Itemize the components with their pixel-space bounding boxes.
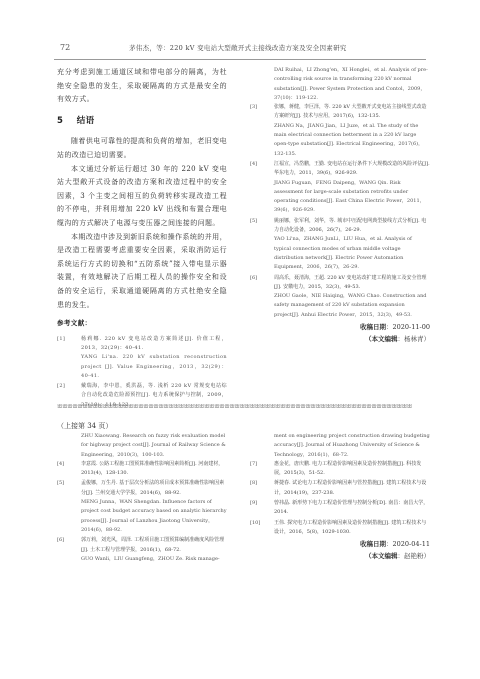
reference-continuation: ment on engineering project construction… bbox=[250, 432, 430, 460]
reference-continuation: ZHU Xiaowang. Research on fuzzy risk eva… bbox=[57, 432, 227, 460]
received-date: 收稿日期：2020-04-11 bbox=[250, 539, 430, 548]
reference-index: [8] bbox=[250, 479, 257, 488]
reference-item: [5] 孟俊娜，万生丹. 基于层次分析法的项目成本预算准确性影响因素分[J]. … bbox=[57, 479, 227, 535]
reference-continuation: DAI Ruihai，LI Zhong'en，XI Honglei，et al.… bbox=[250, 66, 430, 103]
editor-name: ：赵艳粉） bbox=[398, 552, 431, 560]
reference-en: JIANG Fuguan，FENG Daipeng，WANG Qin. Risk… bbox=[274, 179, 430, 216]
received-value: ：2020-04-11 bbox=[386, 540, 430, 548]
reference-index: [1] bbox=[57, 335, 65, 344]
editor-label: （本文编辑 bbox=[365, 335, 398, 343]
continued-from-label: （上接第 34 页） bbox=[57, 421, 112, 431]
section-heading: 5 结语 bbox=[57, 115, 227, 129]
reference-index: [6] bbox=[250, 274, 257, 283]
paragraph: 本文通过分析运行超过 30 年的 220 kV 变电站大型敞开式设备的改造方案和… bbox=[57, 163, 227, 231]
reference-en: MENG Junna，WAN Shengdan. Influence facto… bbox=[81, 498, 227, 535]
reference-item: [4] 江福宣，冯岱鹏，王勤. 变电站在运行条件下大规模改造的风险评估[J]. … bbox=[250, 160, 430, 216]
reference-cn: 孟俊娜，万生丹. 基于层次分析法的项目成本预算准确性影响因素分[J]. 兰州交通… bbox=[81, 479, 227, 498]
reference-en: ZHOU Gaole，NIE Haiqing，WANG Chao. Constr… bbox=[274, 292, 430, 320]
reference-index: [10] bbox=[250, 519, 260, 528]
continuation-left-column: ZHU Xiaowang. Research on fuzzy risk eva… bbox=[57, 432, 227, 565]
reference-index: [6] bbox=[57, 536, 64, 545]
reference-cn: 李意霞. 公路工程施工图预算准确性影响因素简析[J]. 河南建材，2013(4)… bbox=[81, 460, 227, 479]
reference-en: GUO Wanli，LIU Guangfeng，ZHOU Ze. Risk ma… bbox=[81, 555, 227, 564]
section-title: 结语 bbox=[77, 116, 95, 126]
received-label: 收稿日期 bbox=[360, 323, 386, 331]
reference-cn: 姚丽娜，张军利，刘华，等. 城市中压配电网典型接线方式分析[J]. 电力自动化设… bbox=[274, 217, 430, 236]
reference-cn: 张娜，蒋健，李巨泽，等. 220 kV 大型敞开式变电站主接线型式改造方案研究[… bbox=[274, 103, 430, 122]
reference-item: [9] 曾祎晶. 新形势下电力工程造价管理与控制分析[D]. 南昌：南昌大学，2… bbox=[250, 499, 430, 518]
received-value: ：2020-11-00 bbox=[386, 323, 430, 331]
page-number: 72 bbox=[60, 43, 70, 52]
reference-cn: 周高乐，聂清海，王超. 220 kV 变电站改扩建工程的施工及安全管理[J]. … bbox=[274, 274, 430, 293]
received-label: 收稿日期 bbox=[360, 540, 386, 548]
article-left-column: 充分考虑到施工通道区域和带电部分的隔离，为杜绝安全隐患的发生，采取硬隔离的方式是… bbox=[57, 66, 227, 411]
reference-index: [4] bbox=[57, 460, 64, 469]
section-number: 5 bbox=[57, 116, 63, 126]
editor-credit: （本文编辑：赵艳粉） bbox=[250, 551, 430, 560]
reference-index: [5] bbox=[57, 479, 64, 488]
article-right-column: DAI Ruihai，LI Zhong'en，XI Honglei，et al.… bbox=[250, 66, 430, 343]
running-title: 茅伟杰，等：220 kV 变电站大型敞开式主接线改造方案及安全因素研究 bbox=[129, 43, 347, 52]
reference-cn: 惠金花，唐庆鹏. 电力工程造价影响因素及造价控制措施[J]. 科技发展，2015… bbox=[274, 460, 430, 479]
reference-index: [3] bbox=[250, 103, 257, 112]
reference-cn: 江福宣，冯岱鹏，王勤. 变电站在运行条件下大规模改造的风险评估[J]. 华东电力… bbox=[274, 160, 430, 179]
reference-item: [5] 姚丽娜，张军利，刘华，等. 城市中压配电网典型接线方式分析[J]. 电力… bbox=[250, 217, 430, 273]
editor-label: （本文编辑 bbox=[365, 552, 398, 560]
reference-index: [4] bbox=[250, 160, 257, 169]
reference-en: YANG Li'na. 220 kV substation reconstruc… bbox=[81, 353, 227, 381]
reference-index: [9] bbox=[250, 499, 257, 508]
references-title: 参考文献： bbox=[57, 317, 227, 331]
reference-item: [10] 王伟. 探究电力工程造价影响因素及造价控制措施[J]. 建筑工程技术与… bbox=[250, 519, 430, 538]
reference-en: ZHANG Na，JIANG Jian，LI Juze，et al. The s… bbox=[274, 122, 430, 159]
reference-item: [4] 李意霞. 公路工程施工图预算准确性影响因素简析[J]. 河南建材，201… bbox=[57, 460, 227, 479]
reference-cn: 杨莉娜. 220 kV 变电站改造方案简述[J]. 价值工程，2013，32(2… bbox=[81, 335, 227, 354]
ornamental-divider: ꕥꕥꕥꕥꕥꕥꕥꕥꕥꕥꕥꕥꕥꕥꕥꕥꕥꕥꕥꕥꕥꕥꕥꕥꕥꕥꕥꕥꕥꕥꕥꕥꕥꕥꕥꕥꕥꕥꕥꕥ… bbox=[57, 404, 427, 410]
reference-cn: 曾祎晶. 新形势下电力工程造价管理与控制分析[D]. 南昌：南昌大学，2014. bbox=[274, 499, 430, 518]
page-header: 72 茅伟杰，等：220 kV 变电站大型敞开式主接线改造方案及安全因素研究 bbox=[54, 40, 426, 60]
reference-item: [6] 郭万莉，刘光风，周泽. 工程项目施工图预算编制准确度风险管理[J]. 土… bbox=[57, 536, 227, 564]
continuation-right-column: ment on engineering project construction… bbox=[250, 432, 430, 560]
reference-cn: 郭万莉，刘光风，周泽. 工程项目施工图预算编制准确度风险管理[J]. 土木工程与… bbox=[81, 536, 227, 555]
reference-item: [6] 周高乐，聂清海，王超. 220 kV 变电站改扩建工程的施工及安全管理[… bbox=[250, 274, 430, 320]
reference-item: [7] 惠金花，唐庆鹏. 电力工程造价影响因素及造价控制措施[J]. 科技发展，… bbox=[250, 460, 430, 479]
reference-item: [1] 杨莉娜. 220 kV 变电站改造方案简述[J]. 价值工程，2013，… bbox=[57, 335, 227, 381]
reference-en: YAO Li'na，ZHANG JunLi，LIU Hua，et al. Ana… bbox=[274, 235, 430, 272]
editor-name: ：杨林青） bbox=[398, 335, 431, 343]
reference-cn: 蒋捷春. 试论电力工程造价影响因素与管控措施[J]. 建筑工程技术与设计，201… bbox=[274, 479, 430, 498]
reference-item: [8] 蒋捷春. 试论电力工程造价影响因素与管控措施[J]. 建筑工程技术与设计… bbox=[250, 479, 430, 498]
reference-index: [7] bbox=[250, 460, 257, 469]
reference-index: [2] bbox=[57, 382, 65, 391]
reference-cn: 王伟. 探究电力工程造价影响因素及造价控制措施[J]. 建筑工程技术与设计，20… bbox=[274, 519, 430, 538]
reference-item: [3] 张娜，蒋健，李巨泽，等. 220 kV 大型敞开式变电站主接线型式改造方… bbox=[250, 103, 430, 159]
editor-credit: （本文编辑：杨林青） bbox=[250, 334, 430, 343]
intro-paragraph: 充分考虑到施工通道区域和带电部分的隔离，为杜绝安全隐患的发生，采取硬隔离的方式是… bbox=[57, 66, 227, 107]
paragraph: 随着供电可靠性的提高和负荷的增加，老旧变电站的改造已迫切需要。 bbox=[57, 135, 227, 162]
received-date: 收稿日期：2020-11-00 bbox=[250, 322, 430, 331]
paragraph: 本期改造中涉及到新旧系统和操作系统的并用，是改造工程需要考虑重要安全因素，采取消… bbox=[57, 231, 227, 313]
reference-index: [5] bbox=[250, 217, 257, 226]
